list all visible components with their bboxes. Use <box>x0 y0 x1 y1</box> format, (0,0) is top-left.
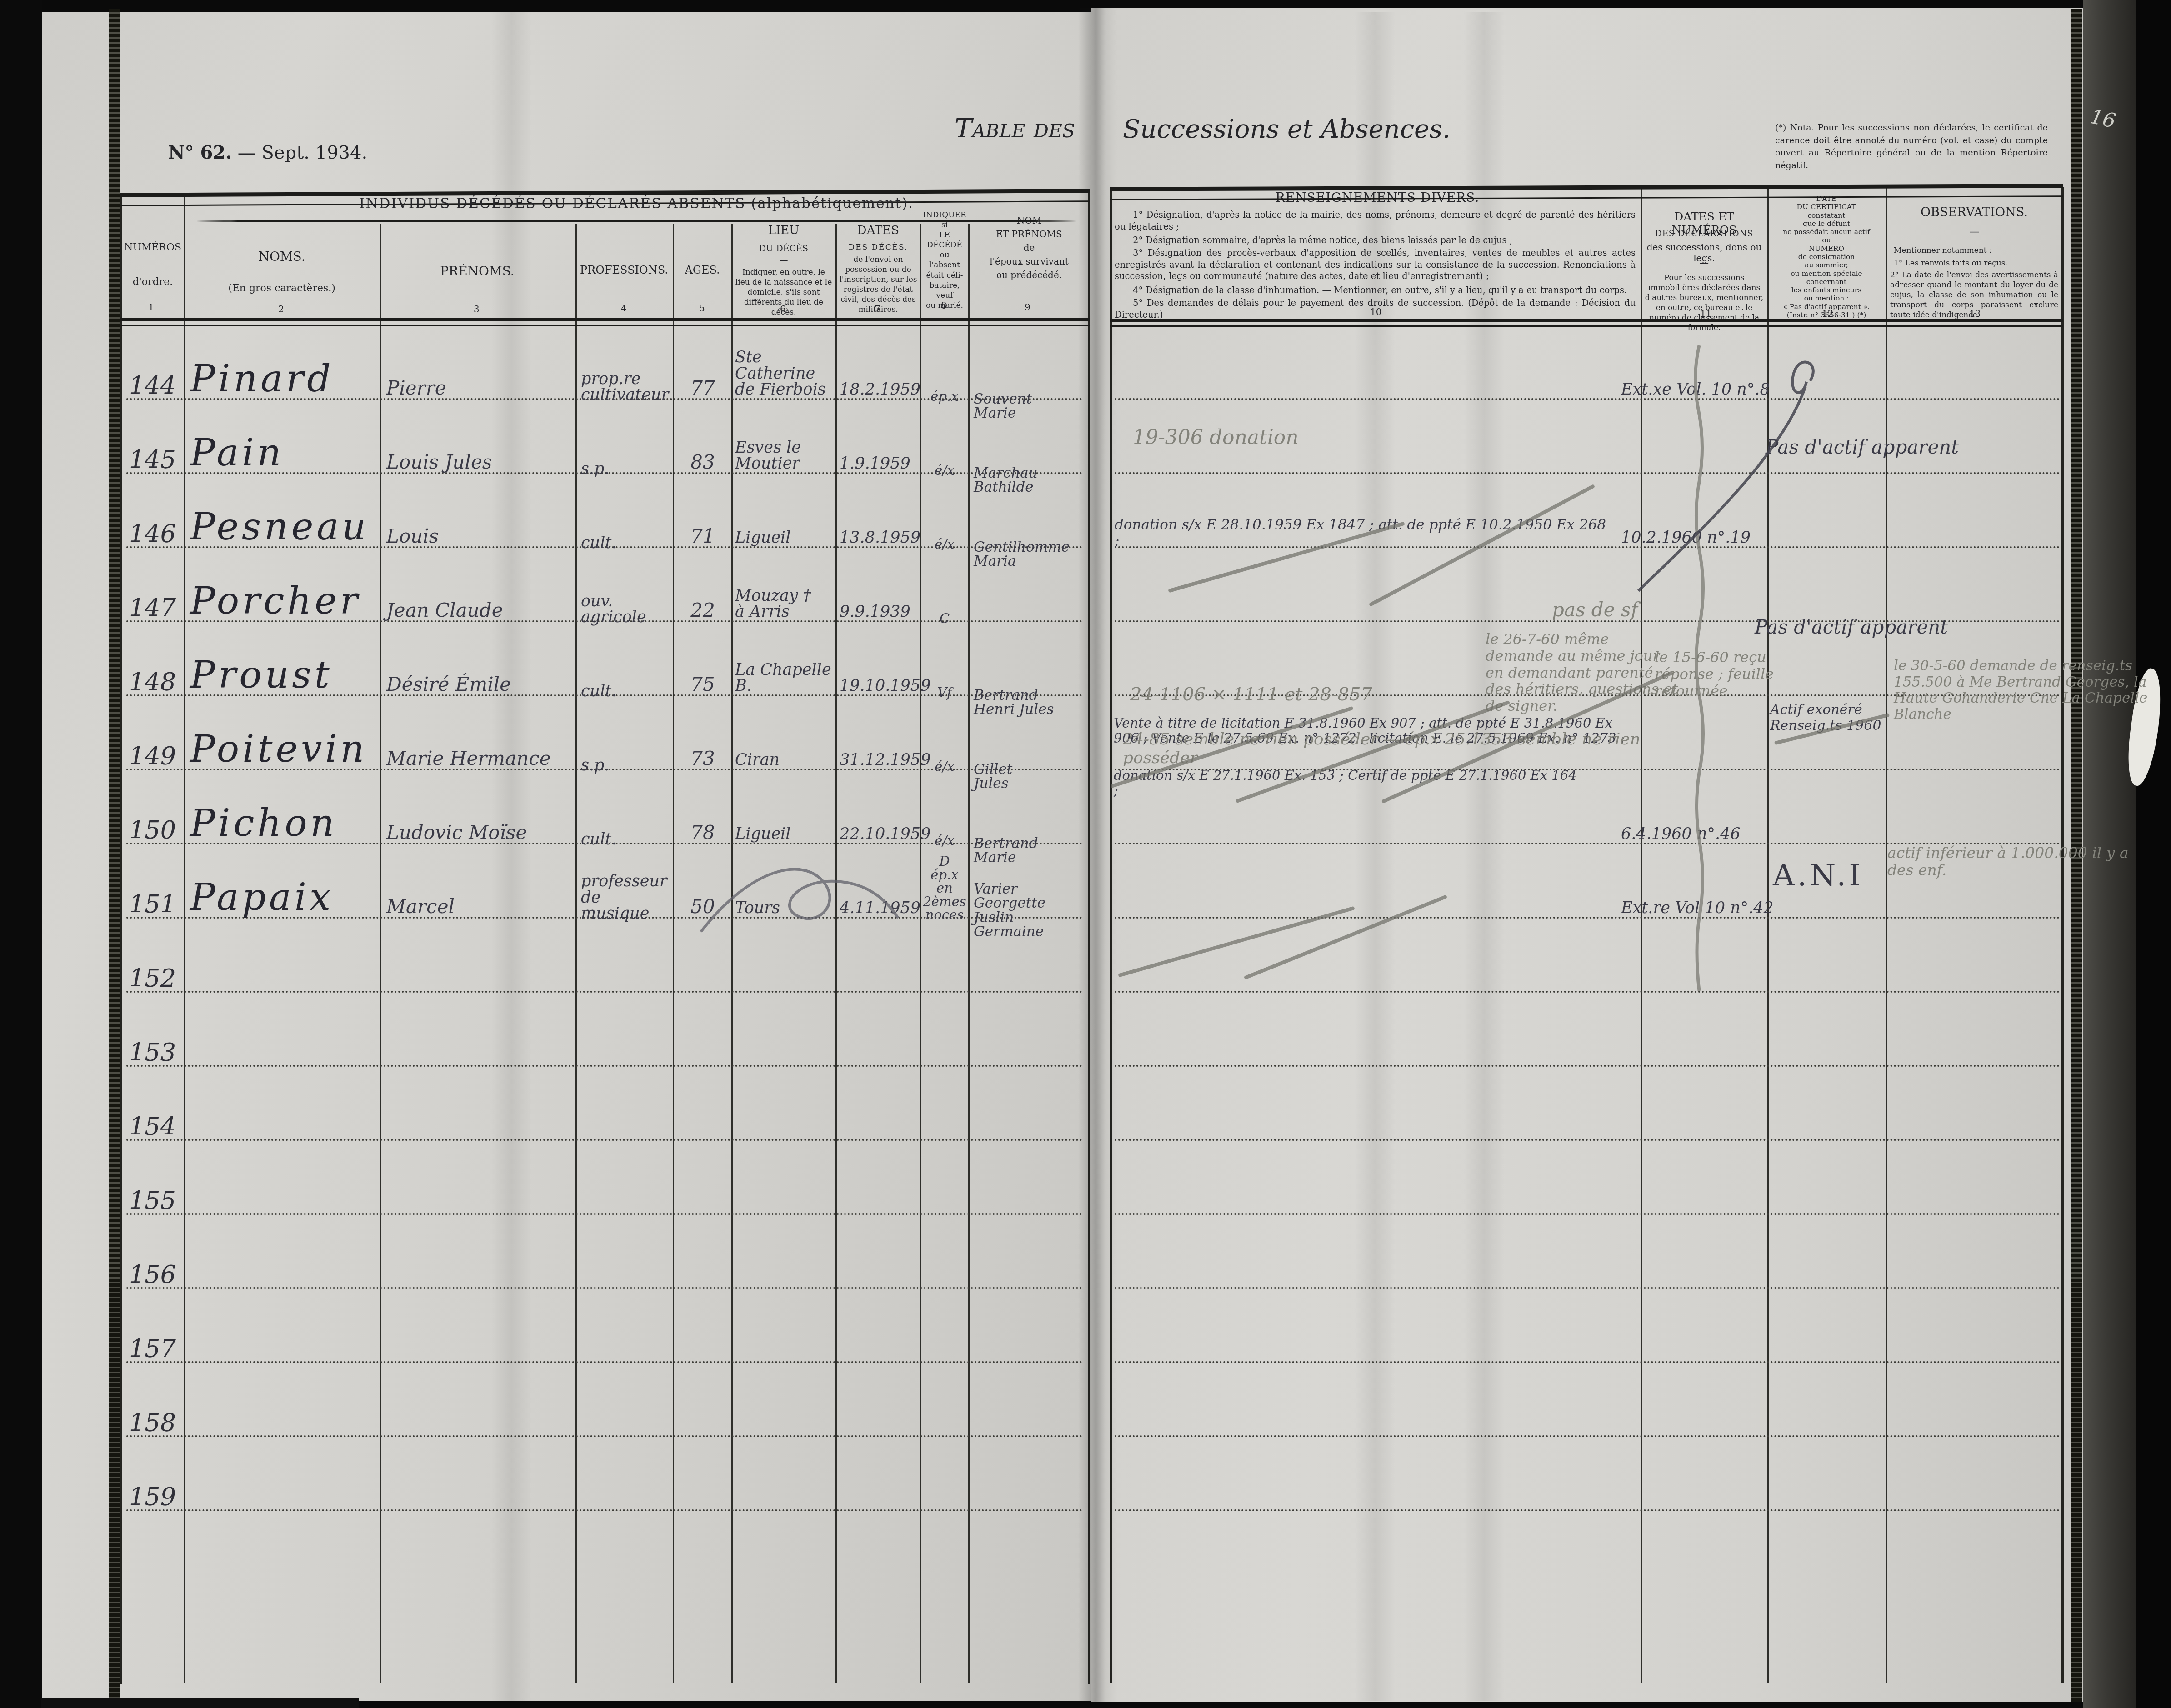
header-nom-epoux: NOM ET PRÉNOMS de l'époux survivant ou p… <box>970 214 1088 282</box>
col-number-3: 3 <box>474 304 480 315</box>
cell-age: 77 <box>677 379 728 398</box>
cell-etat: D ép.x en 2èmes noces <box>922 855 967 922</box>
row-baseline-left <box>126 1435 1083 1437</box>
annotation-observation-149: actif inférieur à 1.000.000 il y a des e… <box>1887 844 2156 879</box>
row-baseline-right <box>1115 1435 2060 1437</box>
cell-no: 150 <box>129 818 180 843</box>
row-baseline-right <box>1115 472 2060 474</box>
sewn-edge-left <box>109 9 120 1702</box>
row-baseline-left <box>126 1213 1083 1215</box>
row-baseline-right <box>1115 1361 2060 1363</box>
header-renseignements-p1: 1° Désignation, d'après la notice de la … <box>1115 209 1636 232</box>
cell-date: 1.9.1959 <box>840 456 919 472</box>
header-rule-left-thin <box>119 325 1090 326</box>
edition-number: N° 62. <box>168 142 232 163</box>
annotation-pas-actif-147: Pas d'actif apparent <box>1755 616 2027 638</box>
col-number-1: 1 <box>148 302 154 313</box>
row-baseline-left <box>126 1065 1083 1067</box>
header-noms: NOMS. <box>185 249 378 264</box>
cell-etat: ép.x <box>922 390 967 404</box>
cell-prenoms: Louis Jules <box>386 453 573 472</box>
annotation-demande-148: le 26-7-60 même demande au même jour en … <box>1486 631 1681 714</box>
cell-date: 18.2.1959 <box>840 382 919 398</box>
cell-prenoms: Marie Hermance <box>386 749 573 769</box>
col-number-7: 7 <box>875 304 880 315</box>
row-baseline-left <box>126 991 1083 993</box>
cell-nom: Pichon <box>190 804 379 843</box>
page-title-left: Table des <box>955 113 1075 144</box>
group-header-underline <box>191 220 1082 222</box>
cell-age: 75 <box>677 675 728 694</box>
cell-nom: Poitevin <box>190 730 379 769</box>
row-baseline-right <box>1115 1139 2060 1141</box>
cell-prenoms: Louis <box>386 527 573 546</box>
cell-no: 151 <box>129 892 180 917</box>
header-numeros: NUMÉROS <box>121 242 185 253</box>
col-number-2: 2 <box>278 304 284 315</box>
header-prenoms: PRÉNOMS. <box>381 264 574 279</box>
group-header-individus: INDIVIDUS DÉCÉDÉS OU DÉCLARÉS ABSENTS (a… <box>191 195 1082 212</box>
cell-etat: é/x <box>922 538 967 552</box>
register-scan: N° 62. — Sept. 1934. Table des Successio… <box>0 0 2171 1708</box>
cell-date: 22.10.1959 <box>840 826 919 843</box>
cell-no: 153 <box>129 1040 180 1065</box>
cell-profession: ouv. agricole <box>581 594 671 626</box>
row-baseline-right <box>1115 1065 2060 1067</box>
cell-prenoms: Pierre <box>386 379 573 398</box>
cell-no: 147 <box>129 595 180 620</box>
header-dates-numeros-note: Pour les successions immobilières déclar… <box>1645 273 1764 333</box>
cell-nom: Porcher <box>190 582 379 620</box>
cell-etat: é/x <box>922 464 967 478</box>
row-baseline-right <box>1115 1509 2060 1511</box>
row-baseline-left <box>126 1509 1083 1511</box>
header-indiquer: INDIQUER si LE DÉCÉDÉ ou l'absent était … <box>921 210 968 310</box>
header-observations-note1: 1° Les renvois faits ou reçus. <box>1894 258 2056 268</box>
cell-etat: C <box>922 612 967 626</box>
cell-prenoms: Ludovic Moïse <box>386 823 573 843</box>
row-baseline-right <box>1115 991 2060 993</box>
cell-profession: s.p. <box>581 461 671 478</box>
cell-nom: Pain <box>190 434 379 472</box>
row-baseline-right <box>1115 917 2060 919</box>
header-renseignements-p4: 4° Désignation de la classe d'inhumation… <box>1115 285 1636 296</box>
cell-date: 13.8.1959 <box>840 530 919 546</box>
cell-no: 155 <box>129 1188 180 1213</box>
header-certificat: DATE DU CERTIFICAT constatant que le déf… <box>1769 195 1884 319</box>
cell-etat: Vf <box>922 686 967 700</box>
header-numeros-sub: d'ordre. <box>121 276 185 288</box>
header-lieu-dash: — <box>733 255 835 265</box>
cell-no: 152 <box>129 966 180 991</box>
col-number-11: 11 <box>1700 308 1711 319</box>
cell-age: 22 <box>677 601 728 620</box>
cell-profession: prop.re cultivateur <box>581 371 671 404</box>
cell-age: 71 <box>677 527 728 546</box>
cell-date: 19.10.1959 <box>840 678 919 694</box>
row-baseline-right <box>1115 1287 2060 1289</box>
col-number-8: 8 <box>941 300 947 311</box>
cell-nom: Papaix <box>190 879 379 917</box>
header-noms-sub: (En gros caractères.) <box>185 283 378 294</box>
annotation-pas-de-sf-147: pas de sf <box>1552 599 1638 621</box>
annotation-actes-149: donation s/x E 27.1.1960 Ex. 153 ; Certi… <box>1114 768 1577 799</box>
bottom-shadow <box>41 1698 359 1708</box>
cell-age: 83 <box>677 453 728 472</box>
cell-no: 144 <box>129 373 180 398</box>
col-number-4: 4 <box>621 303 627 314</box>
cell-no: 145 <box>129 447 180 472</box>
cell-nom: Pinard <box>190 360 379 398</box>
cell-age: 73 <box>677 749 728 769</box>
annotation-ani-149: A.N.I <box>1773 858 1863 893</box>
header-observations-dash: — <box>1887 226 2061 238</box>
cell-etat: é/x <box>922 760 967 774</box>
left-binding <box>0 0 42 1708</box>
paraph-flourish-144 <box>1632 355 1827 600</box>
pencil-flourish-150 <box>695 841 905 950</box>
cell-date: 31.12.1959 <box>840 752 919 769</box>
cell-prenoms: Jean Claude <box>386 601 573 620</box>
header-renseignements-p3: 3° Désignation des procès-verbaux d'appo… <box>1115 247 1636 282</box>
cell-lieu: Ligueil <box>735 530 834 546</box>
cell-no: 159 <box>129 1484 180 1509</box>
header-dates: DATES <box>836 224 920 237</box>
col-number-13: 13 <box>1969 308 1981 319</box>
cell-profession: cult. <box>581 535 671 552</box>
header-rule-right <box>1110 319 2063 322</box>
cell-no: 149 <box>129 744 180 769</box>
col-number-6: 6 <box>780 304 786 315</box>
cell-lieu: Ste Catherine de Fierbois <box>735 350 834 398</box>
cell-prenoms: Désiré Émile <box>386 675 573 694</box>
col-number-9: 9 <box>1025 302 1030 313</box>
cell-lieu: Mouzay † à Arris <box>735 588 834 620</box>
header-rule-left <box>119 318 1090 321</box>
cell-etat: é/x <box>922 834 967 848</box>
cell-no: 157 <box>129 1336 180 1361</box>
row-baseline-right <box>1115 398 2060 400</box>
corner-page-mark: 16 <box>2088 107 2117 132</box>
cell-prenoms: Marcel <box>386 897 573 917</box>
cell-no: 156 <box>129 1262 180 1287</box>
cell-profession: cult. <box>581 832 671 848</box>
annotation-observation-148: le 30-5-60 demande de renseig.ts 155.500… <box>1894 658 2157 723</box>
header-professions: PROFESSIONS. <box>576 264 672 276</box>
cell-age: 78 <box>677 823 728 843</box>
cell-no: 146 <box>129 521 180 546</box>
col-number-5: 5 <box>699 303 705 314</box>
edition-line: N° 62. — Sept. 1934. <box>168 142 367 163</box>
header-rule-right-thin <box>1110 325 2063 327</box>
header-observations: OBSERVATIONS. <box>1887 205 2061 220</box>
nota-note: (*) Nota. Pour les successions non décla… <box>1775 122 2048 172</box>
cell-no: 148 <box>129 669 180 694</box>
cell-no: 154 <box>129 1114 180 1139</box>
annotation-reponse-148: le 15-6-60 reçu réponse ; feuille retour… <box>1655 649 1805 699</box>
page-title-right: Successions et Absences. <box>1123 115 1451 144</box>
row-baseline-left <box>126 1361 1083 1363</box>
book-gutter <box>1078 8 1117 1702</box>
cell-profession: professeur de musique <box>581 874 671 922</box>
header-lieu: LIEU <box>733 224 835 237</box>
cell-no: 158 <box>129 1410 180 1435</box>
header-dates-numeros-dash: — <box>1643 257 1766 268</box>
annotation-reference-148: 24-1106 × 1111 et 28-857 <box>1130 684 1372 705</box>
col-number-12: 12 <box>1822 308 1833 319</box>
annotation-donation-ref: 19-306 donation <box>1133 426 1299 449</box>
row-baseline-left <box>126 1139 1083 1141</box>
row-baseline-left <box>126 1287 1083 1289</box>
edition-date: — Sept. 1934. <box>232 142 367 163</box>
header-lieu-sub: DU DÉCÈS <box>733 244 835 254</box>
cell-lieu: La Chapelle B. <box>735 662 834 694</box>
header-observations-note0: Mentionner notamment : <box>1894 245 2056 255</box>
cell-lieu: Ligueil <box>735 826 834 843</box>
cell-nom: Proust <box>190 656 379 694</box>
col-number-10: 10 <box>1370 306 1381 317</box>
cell-profession: s.p. <box>581 758 671 774</box>
row-baseline-right <box>1115 1213 2060 1215</box>
header-dates-sub: DES DÉCÈS, <box>836 243 920 252</box>
cell-lieu: Esves le Moutier <box>735 440 834 472</box>
cell-profession: cult. <box>581 684 671 700</box>
cell-nom: Pesneau <box>190 508 379 546</box>
header-dates-numeros-sub: DES DÉCLARATIONS <box>1643 229 1766 239</box>
cell-lieu: Ciran <box>735 752 834 769</box>
header-ages: AGES. <box>674 264 731 276</box>
header-renseignements-p2: 2° Désignation sommaire, d'après la même… <box>1115 235 1636 246</box>
cell-date: 9.9.1939 <box>840 604 919 620</box>
